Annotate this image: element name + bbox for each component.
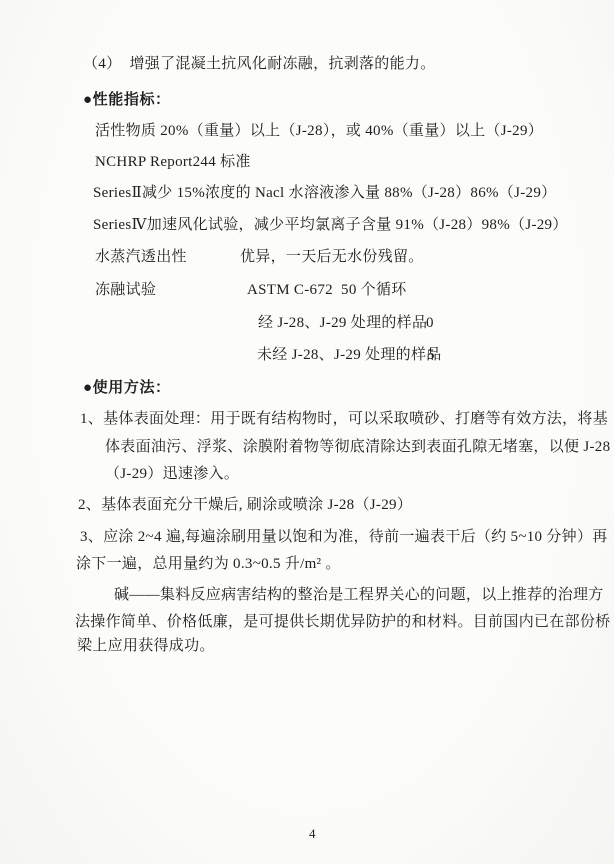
usage-step2: 2、基体表面充分干燥后, 刷涂或喷涂 J-28（J-29） bbox=[78, 497, 412, 514]
treated-sample-label: 经 J-28、J-29 处理的样品 bbox=[258, 315, 427, 332]
usage-step1-line1: 1、基体表面处理：用于既有结构物时，可以采取喷砂、打磨等有效方法，将基 bbox=[80, 411, 608, 428]
spec-series2: SeriesⅡ减少 15%浓度的 Nacl 水溶液渗入量 88%（J-28）86… bbox=[93, 185, 556, 202]
water-vapor-label: 水蒸汽透出性 bbox=[95, 249, 187, 266]
water-vapor-value: 优异，一天后无水份残留。 bbox=[240, 249, 424, 266]
untreated-sample-value: 5 bbox=[427, 347, 435, 364]
freeze-thaw-value: ASTM C-672 50 个循环 bbox=[247, 282, 407, 299]
spec-nchrp-standard: NCHRP Report244 标准 bbox=[95, 154, 251, 171]
usage-step3-line2: 涂下一遍，总用量约为 0.3~0.5 升/m² 。 bbox=[76, 556, 341, 573]
closing-paragraph-line1: 碱——集料反应病害结构的整治是工程界关心的问题，以上推荐的治理方 bbox=[114, 587, 604, 604]
performance-heading: ●性能指标： bbox=[83, 92, 171, 109]
usage-step1-line2: 体表面油污、浮浆、涂膜附着物等彻底清除达到表面孔隙无堵塞，以便 J-28 bbox=[105, 439, 610, 456]
document-page: （4） 增强了混凝土抗风化耐冻融，抗剥落的能力。 ●性能指标： 活性物质 20%… bbox=[0, 0, 614, 864]
usage-step1-line3: （J-29）迅速渗入。 bbox=[105, 466, 239, 483]
closing-paragraph-line3: 梁上应用获得成功。 bbox=[77, 638, 215, 655]
freeze-thaw-label: 冻融试验 bbox=[95, 282, 156, 299]
page-number: 4 bbox=[309, 826, 316, 842]
closing-paragraph-line2: 法操作简单、价格低廉，是可提供长期优异防护的和材料。目前国内已在部份桥 bbox=[75, 614, 611, 631]
spec-series4: SeriesⅣ加速风化试验，减少平均氯离子含量 91%（J-28）98%（J-2… bbox=[93, 217, 568, 234]
untreated-sample-label: 未经 J-28、J-29 处理的样品 bbox=[257, 347, 442, 364]
benefit-item-4: （4） 增强了混凝土抗风化耐冻融，抗剥落的能力。 bbox=[83, 56, 436, 73]
usage-heading: ●使用方法： bbox=[83, 380, 171, 397]
treated-sample-value: 0 bbox=[426, 315, 434, 332]
usage-step3-line1: 3、应涂 2~4 遍,每遍涂刷用量以饱和为准，待前一遍表干后（约 5~10 分钟… bbox=[80, 529, 608, 546]
spec-active-content: 活性物质 20%（重量）以上（J-28），或 40%（重量）以上（J-29） bbox=[95, 123, 543, 140]
